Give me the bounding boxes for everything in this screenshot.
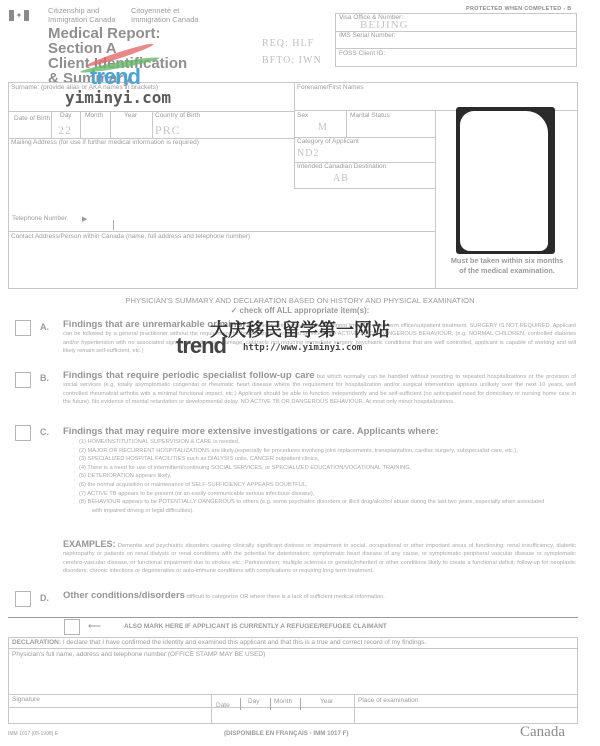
forename-label: Forename/First Names: [297, 84, 363, 91]
country-of-birth-field[interactable]: PRC: [155, 123, 181, 138]
section-b-letter: B.: [40, 373, 49, 383]
destination-field[interactable]: AB: [333, 173, 349, 184]
telephone-field[interactable]: [94, 211, 290, 230]
summary-subheading: ✓ check off ALL appropriate item(s):: [0, 306, 600, 315]
physician-stamp-field[interactable]: [12, 660, 572, 694]
agency-name-fr: Citoyenneté etImmigration Canada: [131, 7, 199, 24]
refugee-checkbox[interactable]: [64, 619, 80, 635]
destination-label: Intended Canadian Destination: [297, 163, 386, 170]
section-c-criteria-list: (1) HOME/INSTITUTIONAL SUPERVISION & CAR…: [79, 438, 549, 515]
summary-heading: PHYSICIAN'S SUMMARY AND DECLARATION BASE…: [0, 296, 600, 305]
canada-wordmark: Canada: [520, 724, 565, 741]
physician-label: Physician's full name, address and telep…: [12, 651, 265, 658]
section-a-checkbox[interactable]: [15, 320, 31, 336]
mailing-address-label: Mailing Address (for use if further medi…: [11, 139, 199, 146]
refugee-label: ALSO MARK HERE IF APPLICANT IS CURRENTLY…: [124, 623, 387, 630]
visa-office-field[interactable]: BEIJING: [360, 19, 409, 31]
section-b-checkbox[interactable]: [15, 372, 31, 388]
marital-status-label: Marital Status: [350, 112, 390, 119]
category-label: Category of Applicant: [297, 138, 359, 145]
mailing-address-field[interactable]: [11, 148, 291, 210]
protected-notice: PROTECTED WHEN COMPLETED - B: [466, 6, 572, 12]
section-d-checkbox[interactable]: [15, 591, 31, 607]
ims-serial-label: IMS Serial Number:: [339, 32, 396, 39]
sex-label: Sex: [297, 112, 308, 119]
dob-month-field[interactable]: [85, 123, 107, 136]
contact-address-label: Contact Address/Person within Canada (na…: [11, 233, 250, 240]
section-b-text: Findings that require periodic specialis…: [63, 372, 576, 406]
declaration-text: DECLARATION: I declare that I have confi…: [12, 639, 426, 646]
section-d-letter: D.: [40, 593, 49, 603]
date-of-birth-label: Date of Birth: [14, 114, 50, 123]
marital-status-field[interactable]: [350, 120, 432, 135]
applicant-photo: [456, 107, 555, 254]
surname-label: Surname: (provide alias or AKA names in …: [11, 84, 158, 91]
section-a-letter: A.: [40, 322, 49, 332]
canada-flag-icon: ✦: [9, 10, 29, 21]
dob-day-field[interactable]: 22: [58, 123, 72, 138]
dob-day-label: Day: [60, 112, 72, 119]
bfto-code: BFTO: IWN: [262, 55, 322, 66]
foss-client-id-label: FOSS Client ID:: [339, 50, 385, 57]
section-c-letter: C.: [40, 427, 49, 437]
arrow-right-icon: ▶: [82, 215, 87, 223]
section-c-examples: EXAMPLES: Dementia and psychiatric disor…: [63, 540, 576, 575]
dob-month-label: Month: [85, 112, 103, 119]
section-c-heading: Findings that may require more extensive…: [63, 426, 439, 437]
contact-address-field[interactable]: [11, 242, 431, 286]
surname-field[interactable]: [11, 93, 291, 109]
photo-note: Must be taken within six months of the m…: [436, 256, 578, 276]
form-title: Medical Report: Section A Client Identif…: [48, 26, 187, 86]
section-d-text: Other conditions/disorders difficult to …: [63, 592, 576, 601]
country-of-birth-label: Country of Birth: [155, 112, 200, 119]
dob-year-field[interactable]: [115, 123, 149, 136]
section-c-checkbox[interactable]: [15, 425, 31, 441]
req-code: REQ: HLF: [262, 38, 314, 49]
dob-year-label: Year: [124, 112, 137, 119]
french-availability-note: (DISPONIBLE EN FRANÇAIS - IMM 1017 F): [224, 730, 348, 737]
form-code: IMM 1017 (05-1998) E: [8, 731, 58, 737]
arrow-left-icon: ⟵: [88, 621, 101, 632]
agency-name-en: Citizenship andImmigration Canada: [48, 7, 116, 24]
category-field[interactable]: ND2: [297, 148, 319, 159]
telephone-label: Telephone Number: [12, 215, 67, 222]
section-a-text: Findings that are unremarkable or minor …: [63, 321, 576, 355]
sex-field[interactable]: M: [318, 122, 328, 133]
